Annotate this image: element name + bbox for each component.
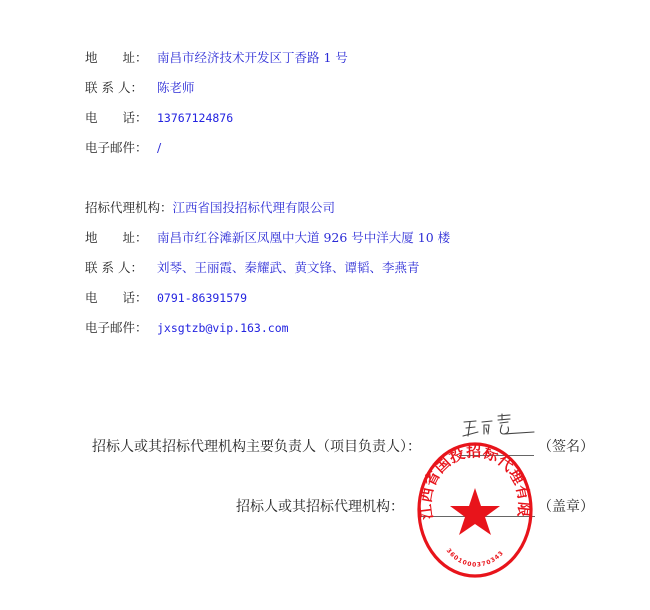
agency-phone-row: 电 话：0791-86391579 [85,290,247,306]
tenderer-contact: 陈老师 [157,80,195,95]
phone-label: 电 话： [85,110,157,126]
tenderer-phone: 13767124876 [157,111,233,125]
tenderer-address: 南昌市经济技术开发区丁香路 1 号 [157,50,348,65]
agency-address: 南昌市红谷滩新区凤凰中大道 926 号中洋大厦 10 楼 [157,230,450,245]
phone-label: 电 话： [85,290,157,306]
tenderer-contact-row: 联 系 人：陈老师 [85,80,195,96]
agency-email: jxsgtzb@vip.163.com [157,321,289,335]
email-label: 电子邮件： [85,140,157,156]
address-label: 地 址： [85,50,157,66]
svg-text:3601000370343: 3601000370343 [445,547,506,568]
agency-phone: 0791-86391579 [157,291,247,305]
tenderer-email: / [157,140,161,155]
company-seal-icon: 江西省国投招标代理有限公司 3601000370343 [416,438,534,582]
agency-name-row: 招标代理机构：江西省国投招标代理有限公司 [85,200,335,216]
agency-address-row: 地 址：南昌市红谷滩新区凤凰中大道 926 号中洋大厦 10 楼 [85,230,450,246]
tenderer-phone-row: 电 话：13767124876 [85,110,233,126]
agency-contact: 刘琴、王丽霞、秦耀武、黄文锋、谭韬、李燕青 [157,260,420,275]
sign-suffix: （签名） [538,438,594,456]
tenderer-address-row: 地 址：南昌市经济技术开发区丁香路 1 号 [85,50,348,66]
agency-name: 江西省国投招标代理有限公司 [173,200,336,215]
agency-email-row: 电子邮件：jxsgtzb@vip.163.com [85,320,289,336]
agency-name-label: 招标代理机构： [85,200,173,215]
head-signature-label: 招标人或其招标代理机构主要负责人（项目负责人）： [92,438,421,456]
seal-suffix: （盖章） [538,498,594,516]
tenderer-email-row: 电子邮件：/ [85,140,161,156]
org-seal-label: 招标人或其招标代理机构： [236,498,404,516]
address-label: 地 址： [85,230,157,246]
contact-label: 联 系 人： [85,80,157,96]
email-label: 电子邮件： [85,320,157,336]
agency-contact-row: 联 系 人：刘琴、王丽霞、秦耀武、黄文锋、谭韬、李燕青 [85,260,420,276]
contact-label: 联 系 人： [85,260,157,276]
